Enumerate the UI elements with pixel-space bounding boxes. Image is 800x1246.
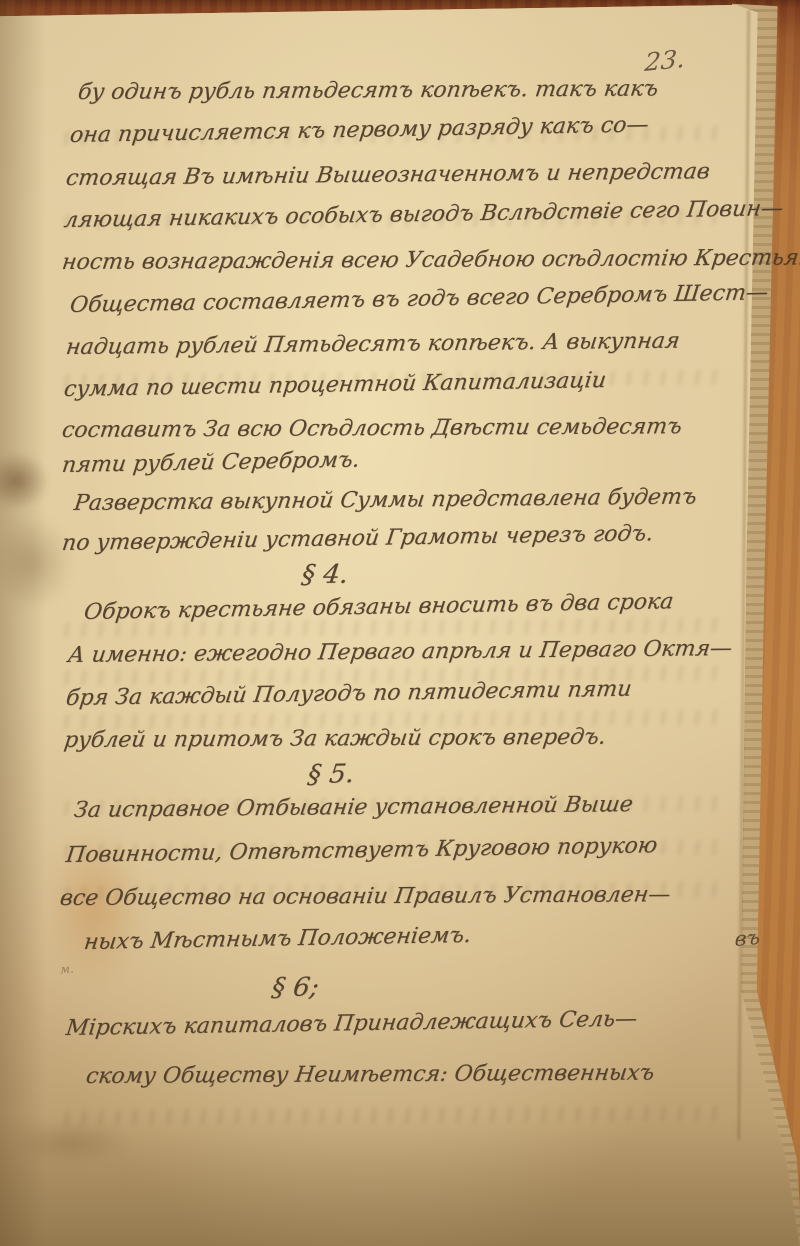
manuscript-line: бу одинъ рубль пятьдесятъ копѣекъ. такъ … [77, 78, 660, 104]
page-number: 23. [644, 44, 686, 77]
manuscript-scan: 23. бу одинъ рубль пятьдесятъ копѣекъ. т… [0, 0, 800, 1246]
manuscript-line: ность вознагражденія всею Усадебною осѣд… [61, 247, 800, 274]
section-heading: § 5. [306, 761, 355, 788]
gutter-shadow [0, 0, 46, 1246]
section-heading: § 4. [300, 562, 350, 588]
bottom-shadow [0, 1116, 800, 1246]
manuscript-line: пяти рублей Серебромъ. [61, 450, 361, 477]
section-heading: § 6; [270, 975, 320, 1001]
manuscript-line: скому Обществу Неимѣется: Общественныхъ [85, 1063, 656, 1088]
catchword: въ [734, 925, 760, 951]
margin-note: м. [60, 962, 75, 977]
manuscript-line: рублей и притомъ За каждый срокъ впередъ… [63, 727, 608, 752]
manuscript-line: составитъ За всю Осѣдлость Двѣсти семьде… [61, 416, 684, 442]
manuscript-line: все Общество на основаніи Правилъ Устано… [59, 884, 672, 910]
manuscript-line: За исправное Отбываніе установленной Выш… [73, 794, 635, 822]
